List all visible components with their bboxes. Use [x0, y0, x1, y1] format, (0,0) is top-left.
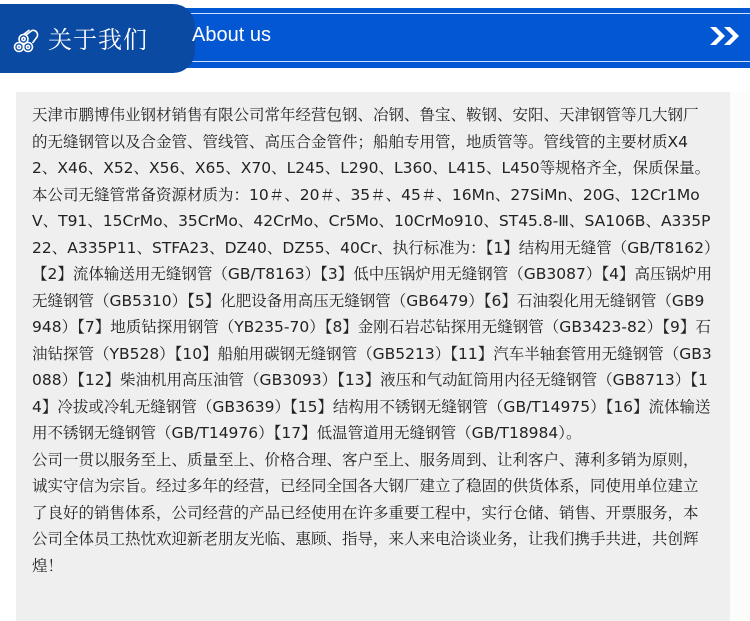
divider [168, 61, 750, 62]
pipe-bundle-icon [13, 28, 39, 54]
section-header: 关于我们 About us [0, 0, 750, 80]
section-title-cn: 关于我们 [48, 23, 148, 57]
gutter [730, 92, 750, 621]
about-paragraph-products: 天津市鹏博伟业钢材销售有限公司常年经营包钢、冶钢、鲁宝、鞍钢、安阳、天津钢管等几… [32, 102, 712, 447]
about-paragraph-service: 公司一贯以服务至上、质量至上、价格合理、客户至上、服务周到、让利客户、薄利多销为… [32, 447, 712, 580]
about-content: 天津市鹏博伟业钢材销售有限公司常年经营包钢、冶钢、鲁宝、鞍钢、安阳、天津钢管等几… [32, 102, 712, 579]
double-chevron-right-icon[interactable] [708, 25, 742, 47]
header-tab: 关于我们 [0, 4, 195, 73]
divider [168, 13, 750, 14]
section-title-en: About us [192, 21, 271, 49]
